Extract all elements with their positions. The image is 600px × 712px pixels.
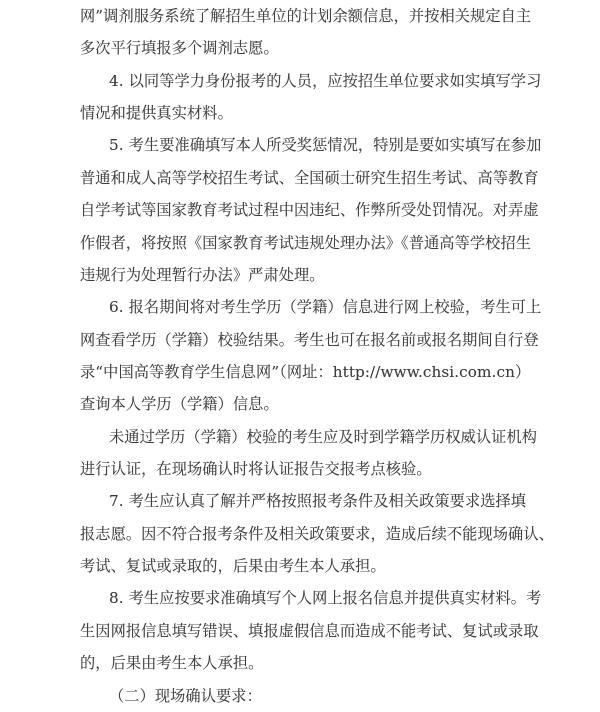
text-line: 自学考试等国家教育考试过程中因违纪、作弊所受处罚情况。对弄虚 (80, 194, 550, 226)
text-line: 考试、复试或录取的，后果由考生本人承担。 (80, 550, 550, 582)
text-line: 的，后果由考生本人承担。 (80, 647, 550, 679)
text-line: 网查看学历（学籍）校验结果。考生也可在报名前或报名期间自行登 (80, 324, 550, 356)
text-line: 生因网报信息填写错误、填报虚假信息而造成不能考试、复试或录取 (80, 615, 550, 647)
text-line: 5. 考生要准确填写本人所受奖惩情况，特别是要如实填写在参加 (80, 129, 550, 161)
text-line: 录“中国高等教育学生信息网”（网址：http://www.chsi.com.cn… (80, 356, 550, 388)
text-line: 多次平行填报多个调剂志愿。 (80, 32, 550, 64)
text-line: 情况和提供真实材料。 (80, 97, 550, 129)
text-line: 网”调剂服务系统了解招生单位的计划余额信息，并按相关规定自主 (80, 0, 550, 32)
text-line: 6. 报名期间将对考生学历（学籍）信息进行网上校验，考生可上 (80, 291, 550, 323)
text-line: 报志愿。因不符合报考条件及相关政策要求，造成后续不能现场确认、 (80, 518, 550, 550)
text-line: （二）现场确认要求： (80, 680, 550, 712)
text-line: 7. 考生应认真了解并严格按照报考条件及相关政策要求选择填 (80, 485, 550, 517)
text-line: 未通过学历（学籍）校验的考生应及时到学籍学历权威认证机构 (80, 421, 550, 453)
text-line: 普通和成人高等学校招生考试、全国硕士研究生招生考试、高等教育 (80, 162, 550, 194)
document-body: 网”调剂服务系统了解招生单位的计划余额信息，并按相关规定自主多次平行填报多个调剂… (80, 0, 550, 712)
text-line: 8. 考生应按要求准确填写个人网上报名信息并提供真实材料。考 (80, 582, 550, 614)
text-line: 违规行为处理暂行办法》严肃处理。 (80, 259, 550, 291)
text-line: 4. 以同等学力身份报考的人员，应按招生单位要求如实填写学习 (80, 65, 550, 97)
text-line: 进行认证，在现场确认时将认证报告交报考点核验。 (80, 453, 550, 485)
document-page: 网”调剂服务系统了解招生单位的计划余额信息，并按相关规定自主多次平行填报多个调剂… (0, 0, 600, 712)
text-line: 作假者，将按照《国家教育考试违规处理办法》《普通高等学校招生 (80, 227, 550, 259)
text-line: 查询本人学历（学籍）信息。 (80, 388, 550, 420)
